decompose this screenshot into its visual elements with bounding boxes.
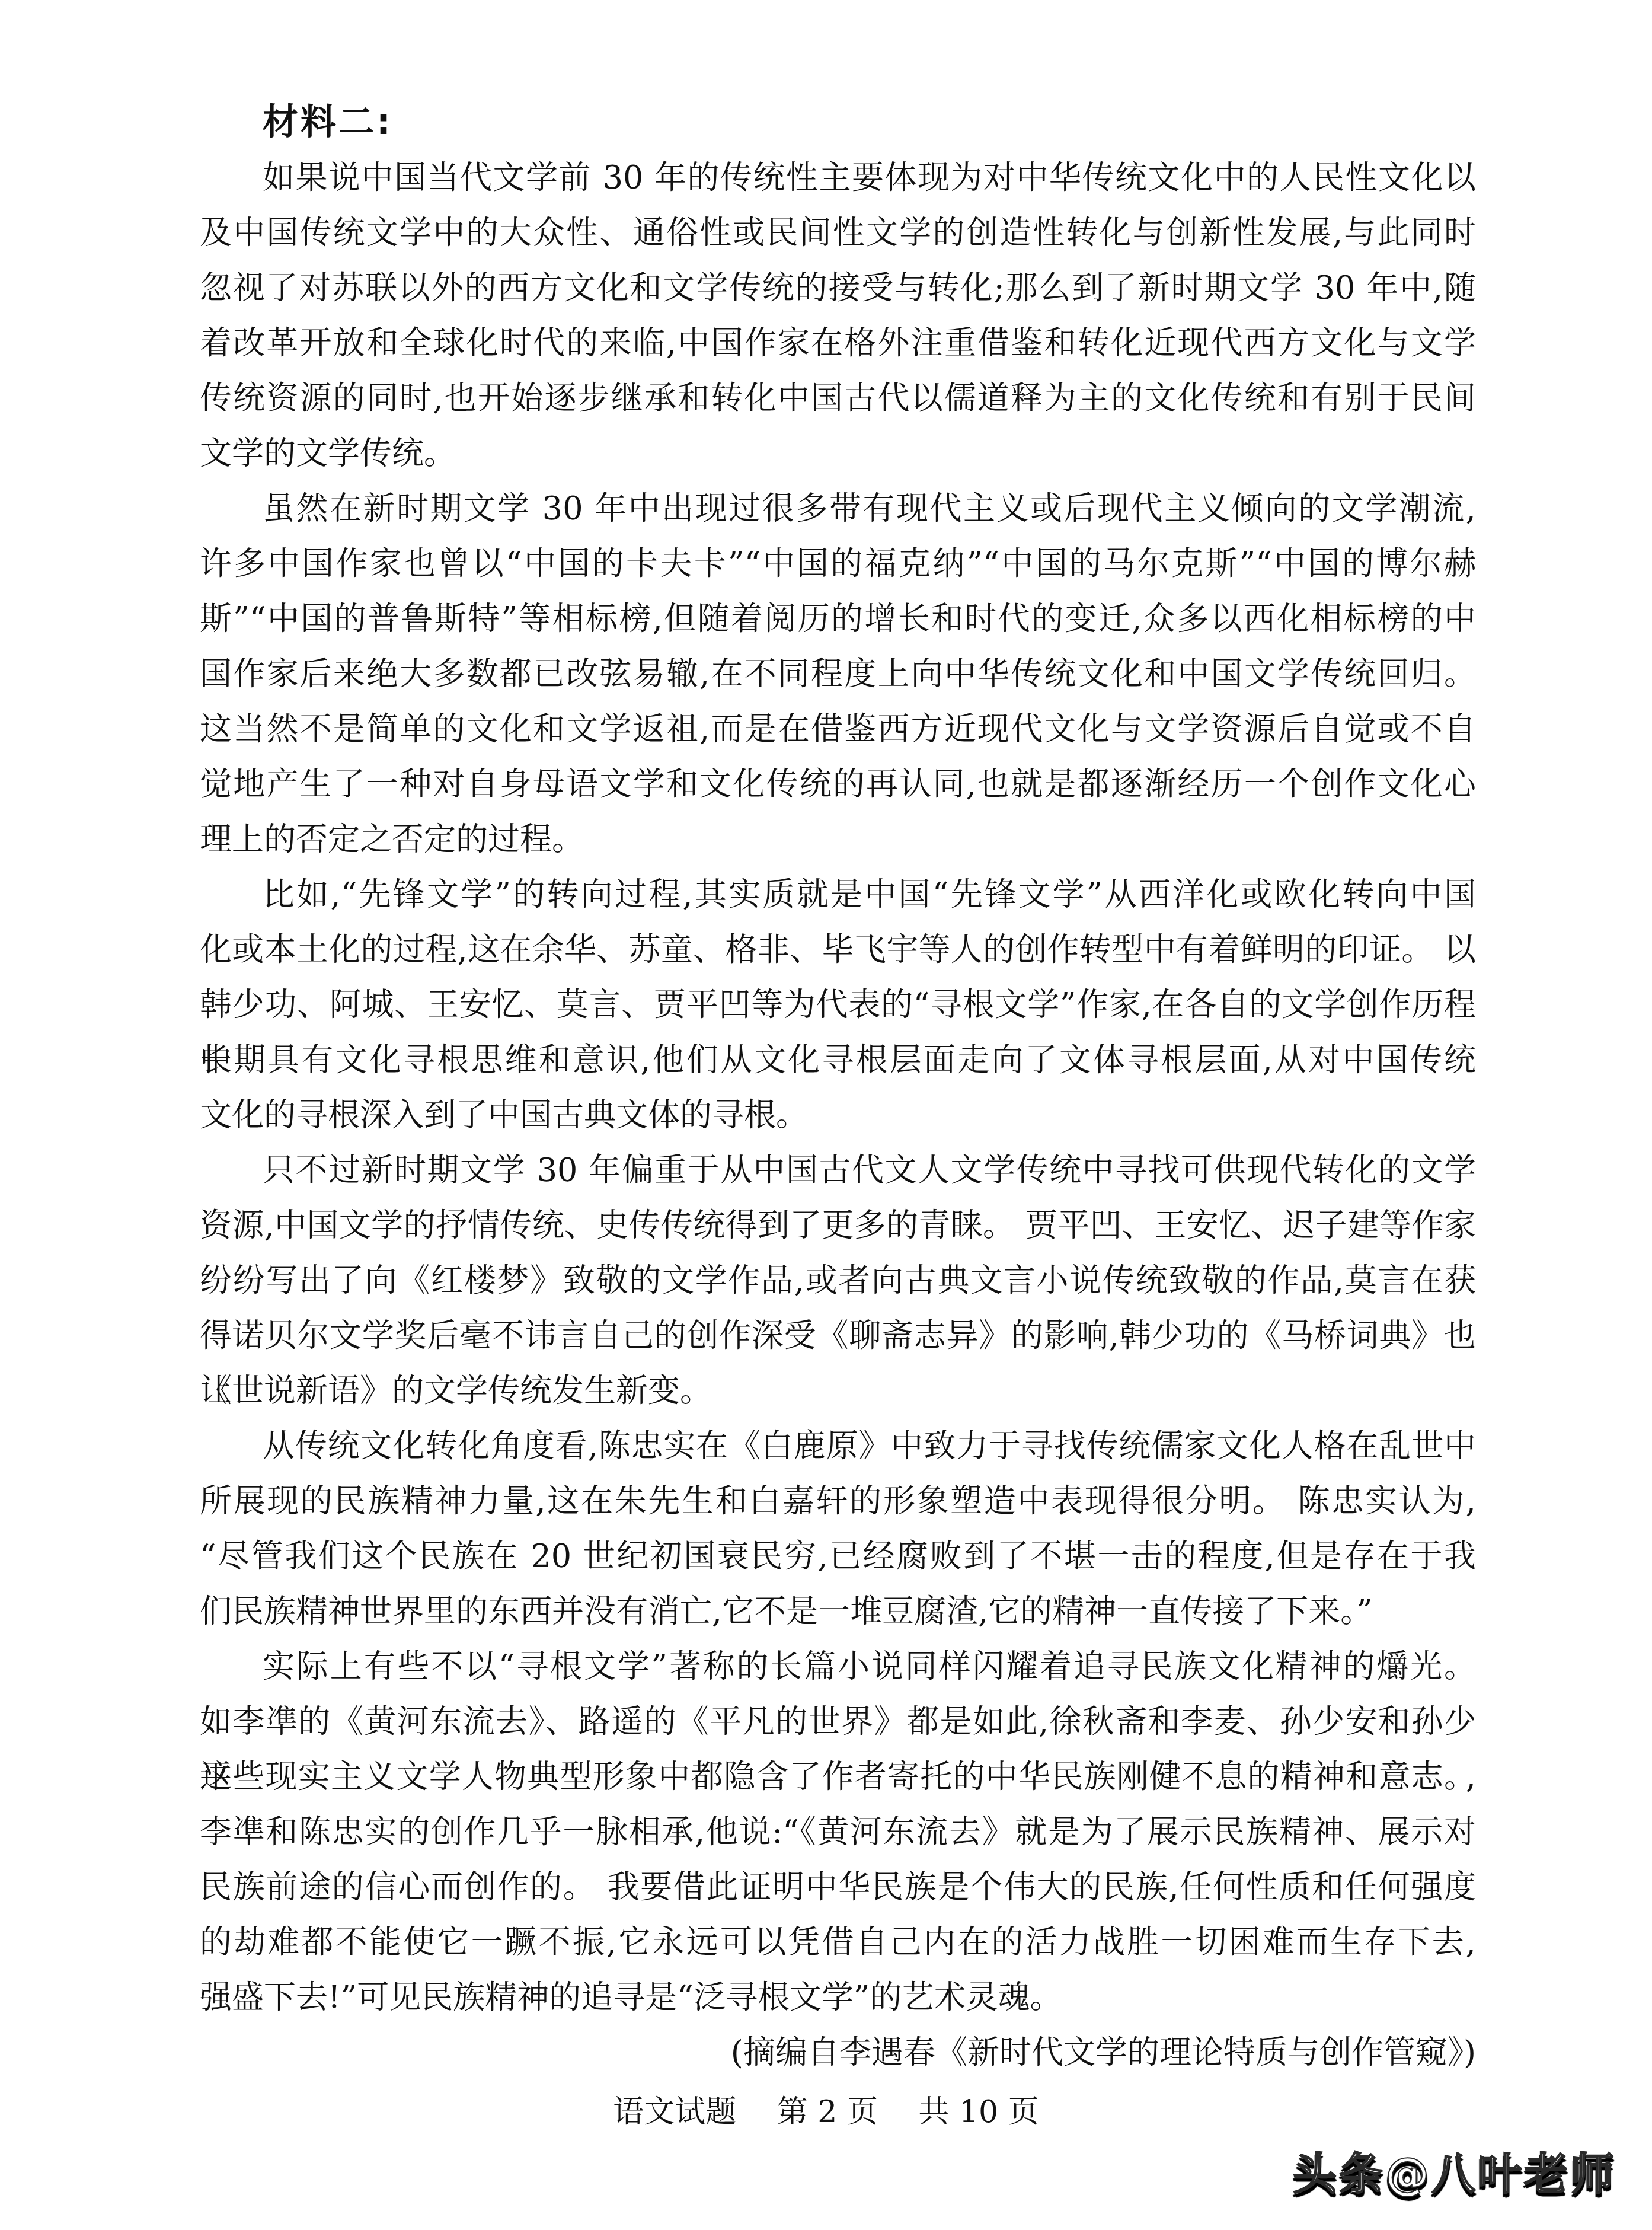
text-line: 及中国传统文学中的大众性、通俗性或民间性文学的创造性转化与创新性发展,与此同时 (200, 205, 1476, 260)
text-line: 忽视了对苏联以外的西方文化和文学传统的接受与转化;那么到了新时期文学 30 年中… (200, 260, 1476, 315)
text-line: 长期具有文化寻根思维和意识,他们从文化寻根层面走向了文体寻根层面,从对中国传统 (200, 1032, 1476, 1087)
text-line: “尽管我们这个民族在 20 世纪初国衰民穷,已经腐败到了不堪一击的程度,但是存在… (200, 1529, 1476, 1584)
text-column: 材料二: 如果说中国当代文学前 30 年的传统性主要体现为对中华传统文化中的人民… (200, 95, 1476, 2080)
text-line: 理上的否定之否定的过程。 (200, 812, 1476, 867)
text-line: 斯”“中国的普鲁斯特”等相标榜,但随着阅历的增长和时代的变迁,众多以西化相标榜的… (200, 591, 1476, 646)
footer-page-number: 第 2 页 (777, 2094, 878, 2130)
text-line: 文化的寻根深入到了中国古典文体的寻根。 (200, 1087, 1476, 1143)
section-heading: 材料二: (200, 95, 1476, 150)
text-line: 得诺贝尔文学奖后毫不讳言自己的创作深受《聊斋志异》的影响,韩少功的《马桥词典》也… (200, 1308, 1476, 1363)
text-line: 李凖和陈忠实的创作几乎一脉相承,他说:“《黄河东流去》就是为了展示民族精神、展示… (200, 1804, 1476, 1859)
page-footer: 语文试题 第 2 页 共 10 页 (0, 2085, 1652, 2140)
text-line: 化或本土化的过程,这在余华、苏童、格非、毕飞宇等人的创作转型中有着鲜明的印证。 … (200, 922, 1476, 977)
text-line: 传统资源的同时,也开始逐步继承和转化中国古代以儒道释为主的文化传统和有别于民间 (200, 371, 1476, 426)
text-line: 的劫难都不能使它一蹶不振,它永远可以凭借自己内在的活力战胜一切困难而生存下去, (200, 1915, 1476, 1970)
text-line: 民族前途的信心而创作的。 我要借此证明中华民族是个伟大的民族,任何性质和任何强度 (200, 1859, 1476, 1915)
text-line: 如李凖的《黄河东流去》、路遥的《平凡的世界》都是如此,徐秋斋和李麦、孙少安和孙少… (200, 1694, 1476, 1749)
text-line: 韩少功、阿城、王安忆、莫言、贾平凹等为代表的“寻根文学”作家,在各自的文学创作历… (200, 977, 1476, 1032)
text-line: 纷纷写出了向《红楼梦》致敬的文学作品,或者向古典文言小说传统致敬的作品,莫言在获 (200, 1253, 1476, 1308)
text-line: 《世说新语》的文学传统发生新变。 (200, 1363, 1476, 1418)
text-line: 许多中国作家也曾以“中国的卡夫卡”“中国的福克纳”“中国的马尔克斯”“中国的博尔… (200, 536, 1476, 591)
text-line: 从传统文化转化角度看,陈忠实在《白鹿原》中致力于寻找传统儒家文化人格在乱世中 (200, 1418, 1476, 1473)
text-line: 这些现实主义文学人物典型形象中都隐含了作者寄托的中华民族刚健不息的精神和意志。 (200, 1749, 1476, 1804)
text-line: 觉地产生了一种对自身母语文学和文化传统的再认同,也就是都逐渐经历一个创作文化心 (200, 757, 1476, 812)
text-line: 们民族精神世界里的东西并没有消亡,它不是一堆豆腐渣,它的精神一直传接了下来。” (200, 1584, 1476, 1639)
watermark: 头条@八叶老师 (1293, 2139, 1616, 2202)
text-line: 着改革开放和全球化时代的来临,中国作家在格外注重借鉴和转化近现代西方文化与文学 (200, 315, 1476, 371)
text-line: 比如,“先锋文学”的转向过程,其实质就是中国“先锋文学”从西洋化或欧化转向中国 (200, 867, 1476, 922)
text-line: 只不过新时期文学 30 年偏重于从中国古代文人文学传统中寻找可供现代转化的文学 (200, 1143, 1476, 1198)
text-line: 强盛下去!”可见民族精神的追寻是“泛寻根文学”的艺术灵魂。 (200, 1970, 1476, 2025)
paragraphs: 如果说中国当代文学前 30 年的传统性主要体现为对中华传统文化中的人民性文化以及… (200, 150, 1476, 2025)
text-line: 如果说中国当代文学前 30 年的传统性主要体现为对中华传统文化中的人民性文化以 (200, 150, 1476, 205)
text-line: 国作家后来绝大多数都已改弦易辙,在不同程度上向中华传统文化和中国文学传统回归。 (200, 646, 1476, 701)
footer-total-pages: 共 10 页 (919, 2094, 1039, 2130)
text-line: 资源,中国文学的抒情传统、史传传统得到了更多的青睐。 贾平凹、王安忆、迟子建等作… (200, 1198, 1476, 1253)
text-line: 所展现的民族精神力量,这在朱先生和白嘉轩的形象塑造中表现得很分明。 陈忠实认为, (200, 1473, 1476, 1529)
source-citation: (摘编自李遇春《新时代文学的理论特质与创作管窥》) (200, 2025, 1476, 2080)
text-line: 文学的文学传统。 (200, 426, 1476, 481)
footer-doc-title: 语文试题 (613, 2094, 736, 2130)
text-line: 实际上有些不以“寻根文学”著称的长篇小说同样闪耀着追寻民族文化精神的爝光。 (200, 1639, 1476, 1694)
text-line: 虽然在新时期文学 30 年中出现过很多带有现代主义或后现代主义倾向的文学潮流, (200, 481, 1476, 536)
text-line: 这当然不是简单的文化和文学返祖,而是在借鉴西方近现代文化与文学资源后自觉或不自 (200, 701, 1476, 757)
